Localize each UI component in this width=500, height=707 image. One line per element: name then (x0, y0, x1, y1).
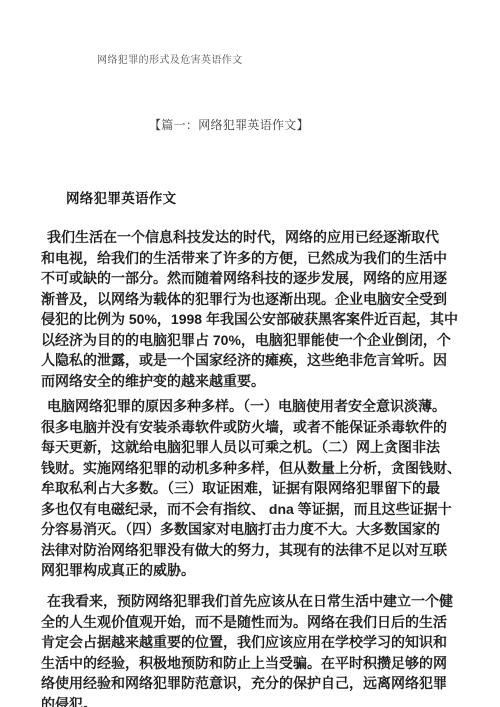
text-line: 和电视，给我们的生活带来了许多的方便，已然成为我们的生活中 (41, 248, 461, 269)
essay-paragraph-3: 在我看来，预防网络犯罪我们首先应该从在日常生活中建立一个健全的人生观价值观开始，… (41, 591, 461, 707)
text-line: 的侵犯。 (41, 694, 461, 707)
text-line: 网犯罪构成真正的威胁。 (41, 560, 461, 581)
text-line: 不可或缺的一部分。然而随着网络科技的逐步发展，网络的应用逐 (41, 268, 461, 289)
text-line: 肯定会占据越来越重要的位置，我们应该应用在学校学习的知识和 (41, 632, 461, 653)
text-line: 法律对防治网络犯罪没有做大的努力，其现有的法律不足以对互联 (41, 540, 461, 561)
text-line: 多也仅有电磁纪录，而不会有指纹、 dna 等证据，而且这些证据十 (41, 499, 461, 520)
text-line: 而网络安全的维护变的越来越重要。 (41, 371, 461, 392)
text-line: 以经济为目的的电脑犯罪占 70%，电脑犯罪能使一个企业倒闭，个 (41, 330, 461, 351)
essay-heading: 网络犯罪英语作文 (66, 190, 176, 208)
text-line: 在我看来，预防网络犯罪我们首先应该从在日常生活中建立一个健 (41, 591, 461, 612)
text-line: 每天更新，这就给电脑犯罪人员以可乘之机。（二）网上贪图非法 (41, 437, 461, 458)
essay-paragraph-1: 我们生活在一个信息科技发达的时代，网络的应用已经逐渐取代和电视，给我们的生活带来… (41, 227, 461, 391)
text-line: 全的人生观价值观开始，而不是随性而为。网络在我们日后的生活 (41, 612, 461, 633)
document-header-title: 网络犯罪的形式及危害英语作文 (97, 54, 243, 67)
text-line: 分容易消灭。（四）多数国家对电脑打击力度不大。大多数国家的 (41, 519, 461, 540)
text-line: 我们生活在一个信息科技发达的时代，网络的应用已经逐渐取代 (41, 227, 461, 248)
document-page: 网络犯罪的形式及危害英语作文 【篇一：网络犯罪英语作文】 网络犯罪英语作文 我们… (0, 0, 500, 707)
text-line: 渐普及，以网络为载体的犯罪行为也逐渐出现。企业电脑安全受到 (41, 289, 461, 310)
text-line: 生活中的经验，积极地预防和防止上当受骗。在平时积攒足够的网 (41, 653, 461, 674)
section-label: 【篇一：网络犯罪英语作文】 (149, 118, 309, 133)
essay-paragraph-2: 电脑网络犯罪的原因多种多样。（一）电脑使用者安全意识淡薄。很多电脑并没有安装杀毒… (41, 396, 461, 581)
text-line: 人隐私的泄露，或是一个国家经济的瘫痪，这些绝非危言耸听。因 (41, 350, 461, 371)
text-line: 很多电脑并没有安装杀毒软件或防火墙，或者不能保证杀毒软件的 (41, 417, 461, 438)
text-line: 络使用经验和网络犯罪防范意识，充分的保护自己，远离网络犯罪 (41, 673, 461, 694)
text-line: 钱财。实施网络犯罪的动机多种多样，但从数量上分析，贪图钱财、 (41, 458, 461, 479)
text-line: 电脑网络犯罪的原因多种多样。（一）电脑使用者安全意识淡薄。 (41, 396, 461, 417)
text-line: 牟取私利占大多数。（三）取证困难，证据有限网络犯罪留下的最 (41, 478, 461, 499)
text-line: 侵犯的比例为 50%，1998 年我国公安部破获黑客案件近百起，其中 (41, 309, 461, 330)
